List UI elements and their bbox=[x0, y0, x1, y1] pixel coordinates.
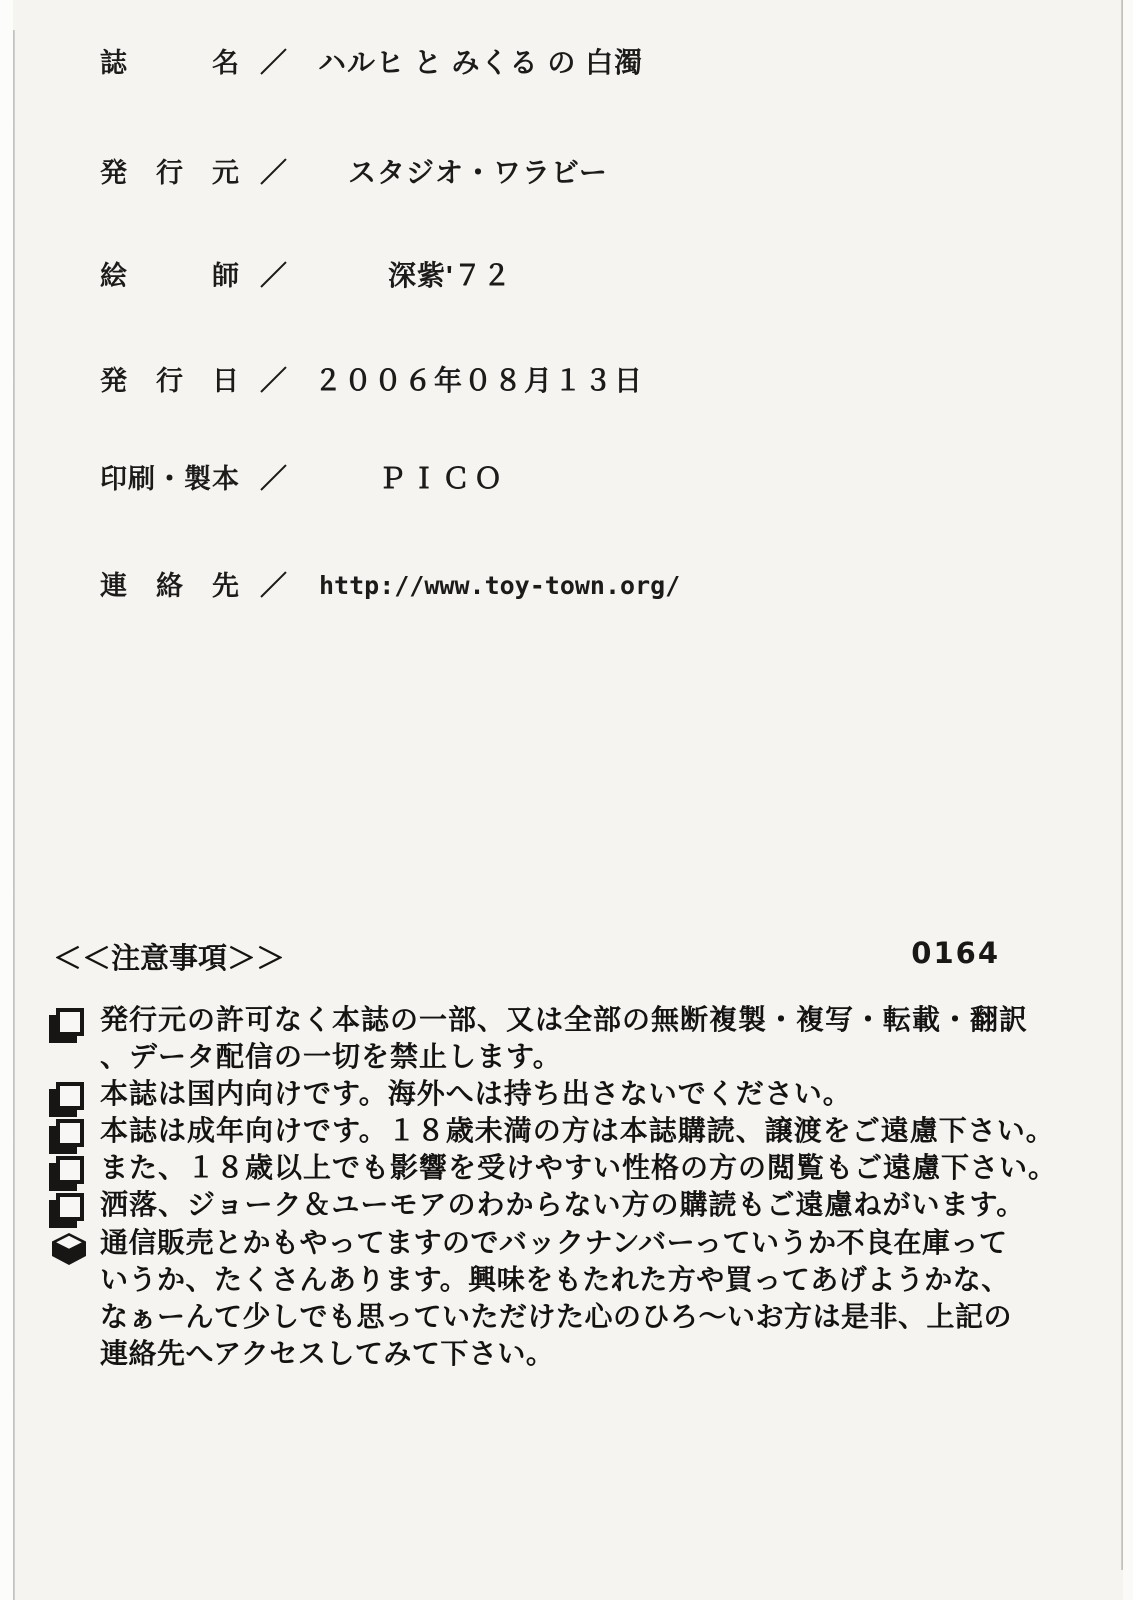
page-left-edge bbox=[13, 30, 15, 1600]
field-value-publish-date: ２００６年０８月１３日 bbox=[314, 364, 644, 398]
notice-text: また、１８歳以上でも影響を受けやすい性格の方の閲覧もご遠慮下さい。 bbox=[100, 1150, 1090, 1187]
square-3d-outline-icon bbox=[56, 1082, 84, 1110]
field-label: 印刷・製本 bbox=[100, 462, 240, 496]
slash-separator: ／ bbox=[260, 569, 288, 603]
field-row-printer: 印刷・製本 ／ ＰＩＣＯ bbox=[100, 462, 506, 496]
notice-text: 発行元の許可なく本誌の一部、又は全部の無断複製・複写・転載・翻訳 、データ配信の… bbox=[100, 1002, 1090, 1076]
notice-text: 本誌は国内向けです。海外へは持ち出さないでください。 bbox=[100, 1076, 1090, 1113]
field-value-printer: ＰＩＣＯ bbox=[378, 462, 506, 496]
notice-item: 本誌は国内向けです。海外へは持ち出さないでください。 bbox=[50, 1076, 1090, 1113]
notice-item-mail-order: 通信販売とかもやってますのでバックナンバーっていうか不良在庫って いうか、たくさ… bbox=[50, 1224, 1090, 1372]
notice-item: 発行元の許可なく本誌の一部、又は全部の無断複製・複写・転載・翻訳 、データ配信の… bbox=[50, 1002, 1090, 1076]
slash-separator: ／ bbox=[260, 259, 288, 293]
notice-text: 通信販売とかもやってますのでバックナンバーっていうか不良在庫って いうか、たくさ… bbox=[100, 1224, 1090, 1372]
scan-left-margin bbox=[0, 0, 13, 1600]
scanned-page: 誌名 ／ ハルヒ と みくる の 白濁 発行元 ／ スタジオ・ワラビー 絵師 ／… bbox=[0, 0, 1133, 1600]
field-row-publish-date: 発行日 ／ ２００６年０８月１３日 bbox=[100, 364, 644, 398]
field-row-artist: 絵師 ／ 深紫'７２ bbox=[100, 259, 512, 293]
notice-item: 洒落、ジョーク＆ユーモアのわからない方の購読もご遠慮ねがいます。 bbox=[50, 1187, 1090, 1224]
notices-header: ＜＜注意事項＞＞ 0164 bbox=[53, 936, 1000, 977]
page-right-edge bbox=[1121, 0, 1123, 1570]
notices-title: ＜＜注意事項＞＞ bbox=[53, 936, 285, 977]
field-value-publisher: スタジオ・ワラビー bbox=[348, 156, 608, 190]
field-row-title: 誌名 ／ ハルヒ と みくる の 白濁 bbox=[100, 46, 643, 80]
notices-list: 発行元の許可なく本誌の一部、又は全部の無断複製・複写・転載・翻訳 、データ配信の… bbox=[50, 1002, 1090, 1372]
field-label: 連絡先 bbox=[100, 569, 240, 603]
slash-separator: ／ bbox=[260, 46, 288, 80]
field-value-contact-url: http://www.toy-town.org/ bbox=[319, 569, 680, 603]
field-row-contact: 連絡先 ／ http://www.toy-town.org/ bbox=[100, 569, 680, 603]
slash-separator: ／ bbox=[260, 462, 288, 496]
scan-right-margin bbox=[1123, 0, 1133, 1600]
notice-text: 本誌は成年向けです。１８歳未満の方は本誌購読、譲渡をご遠慮下さい。 bbox=[100, 1113, 1090, 1150]
square-3d-outline-icon bbox=[56, 1193, 84, 1221]
field-label: 発行元 bbox=[100, 156, 240, 190]
notice-item: 本誌は成年向けです。１８歳未満の方は本誌購読、譲渡をご遠慮下さい。 bbox=[50, 1113, 1090, 1150]
slash-separator: ／ bbox=[260, 156, 288, 190]
field-label: 誌名 bbox=[100, 46, 240, 80]
field-label: 絵師 bbox=[100, 259, 240, 293]
square-3d-outline-icon bbox=[56, 1119, 84, 1147]
slash-separator: ／ bbox=[260, 364, 288, 398]
notice-item: また、１８歳以上でも影響を受けやすい性格の方の閲覧もご遠慮下さい。 bbox=[50, 1150, 1090, 1187]
cube-3d-filled-icon bbox=[50, 1232, 88, 1266]
notice-text: 洒落、ジョーク＆ユーモアのわからない方の購読もご遠慮ねがいます。 bbox=[100, 1187, 1090, 1224]
square-3d-outline-icon bbox=[56, 1156, 84, 1184]
field-row-publisher: 発行元 ／ スタジオ・ワラビー bbox=[100, 156, 608, 190]
square-3d-outline-icon bbox=[56, 1008, 84, 1036]
page-code: 0164 bbox=[911, 936, 1000, 970]
field-value-artist: 深紫'７２ bbox=[388, 259, 512, 293]
field-label: 発行日 bbox=[100, 364, 240, 398]
field-value-title: ハルヒ と みくる の 白濁 bbox=[318, 46, 643, 80]
